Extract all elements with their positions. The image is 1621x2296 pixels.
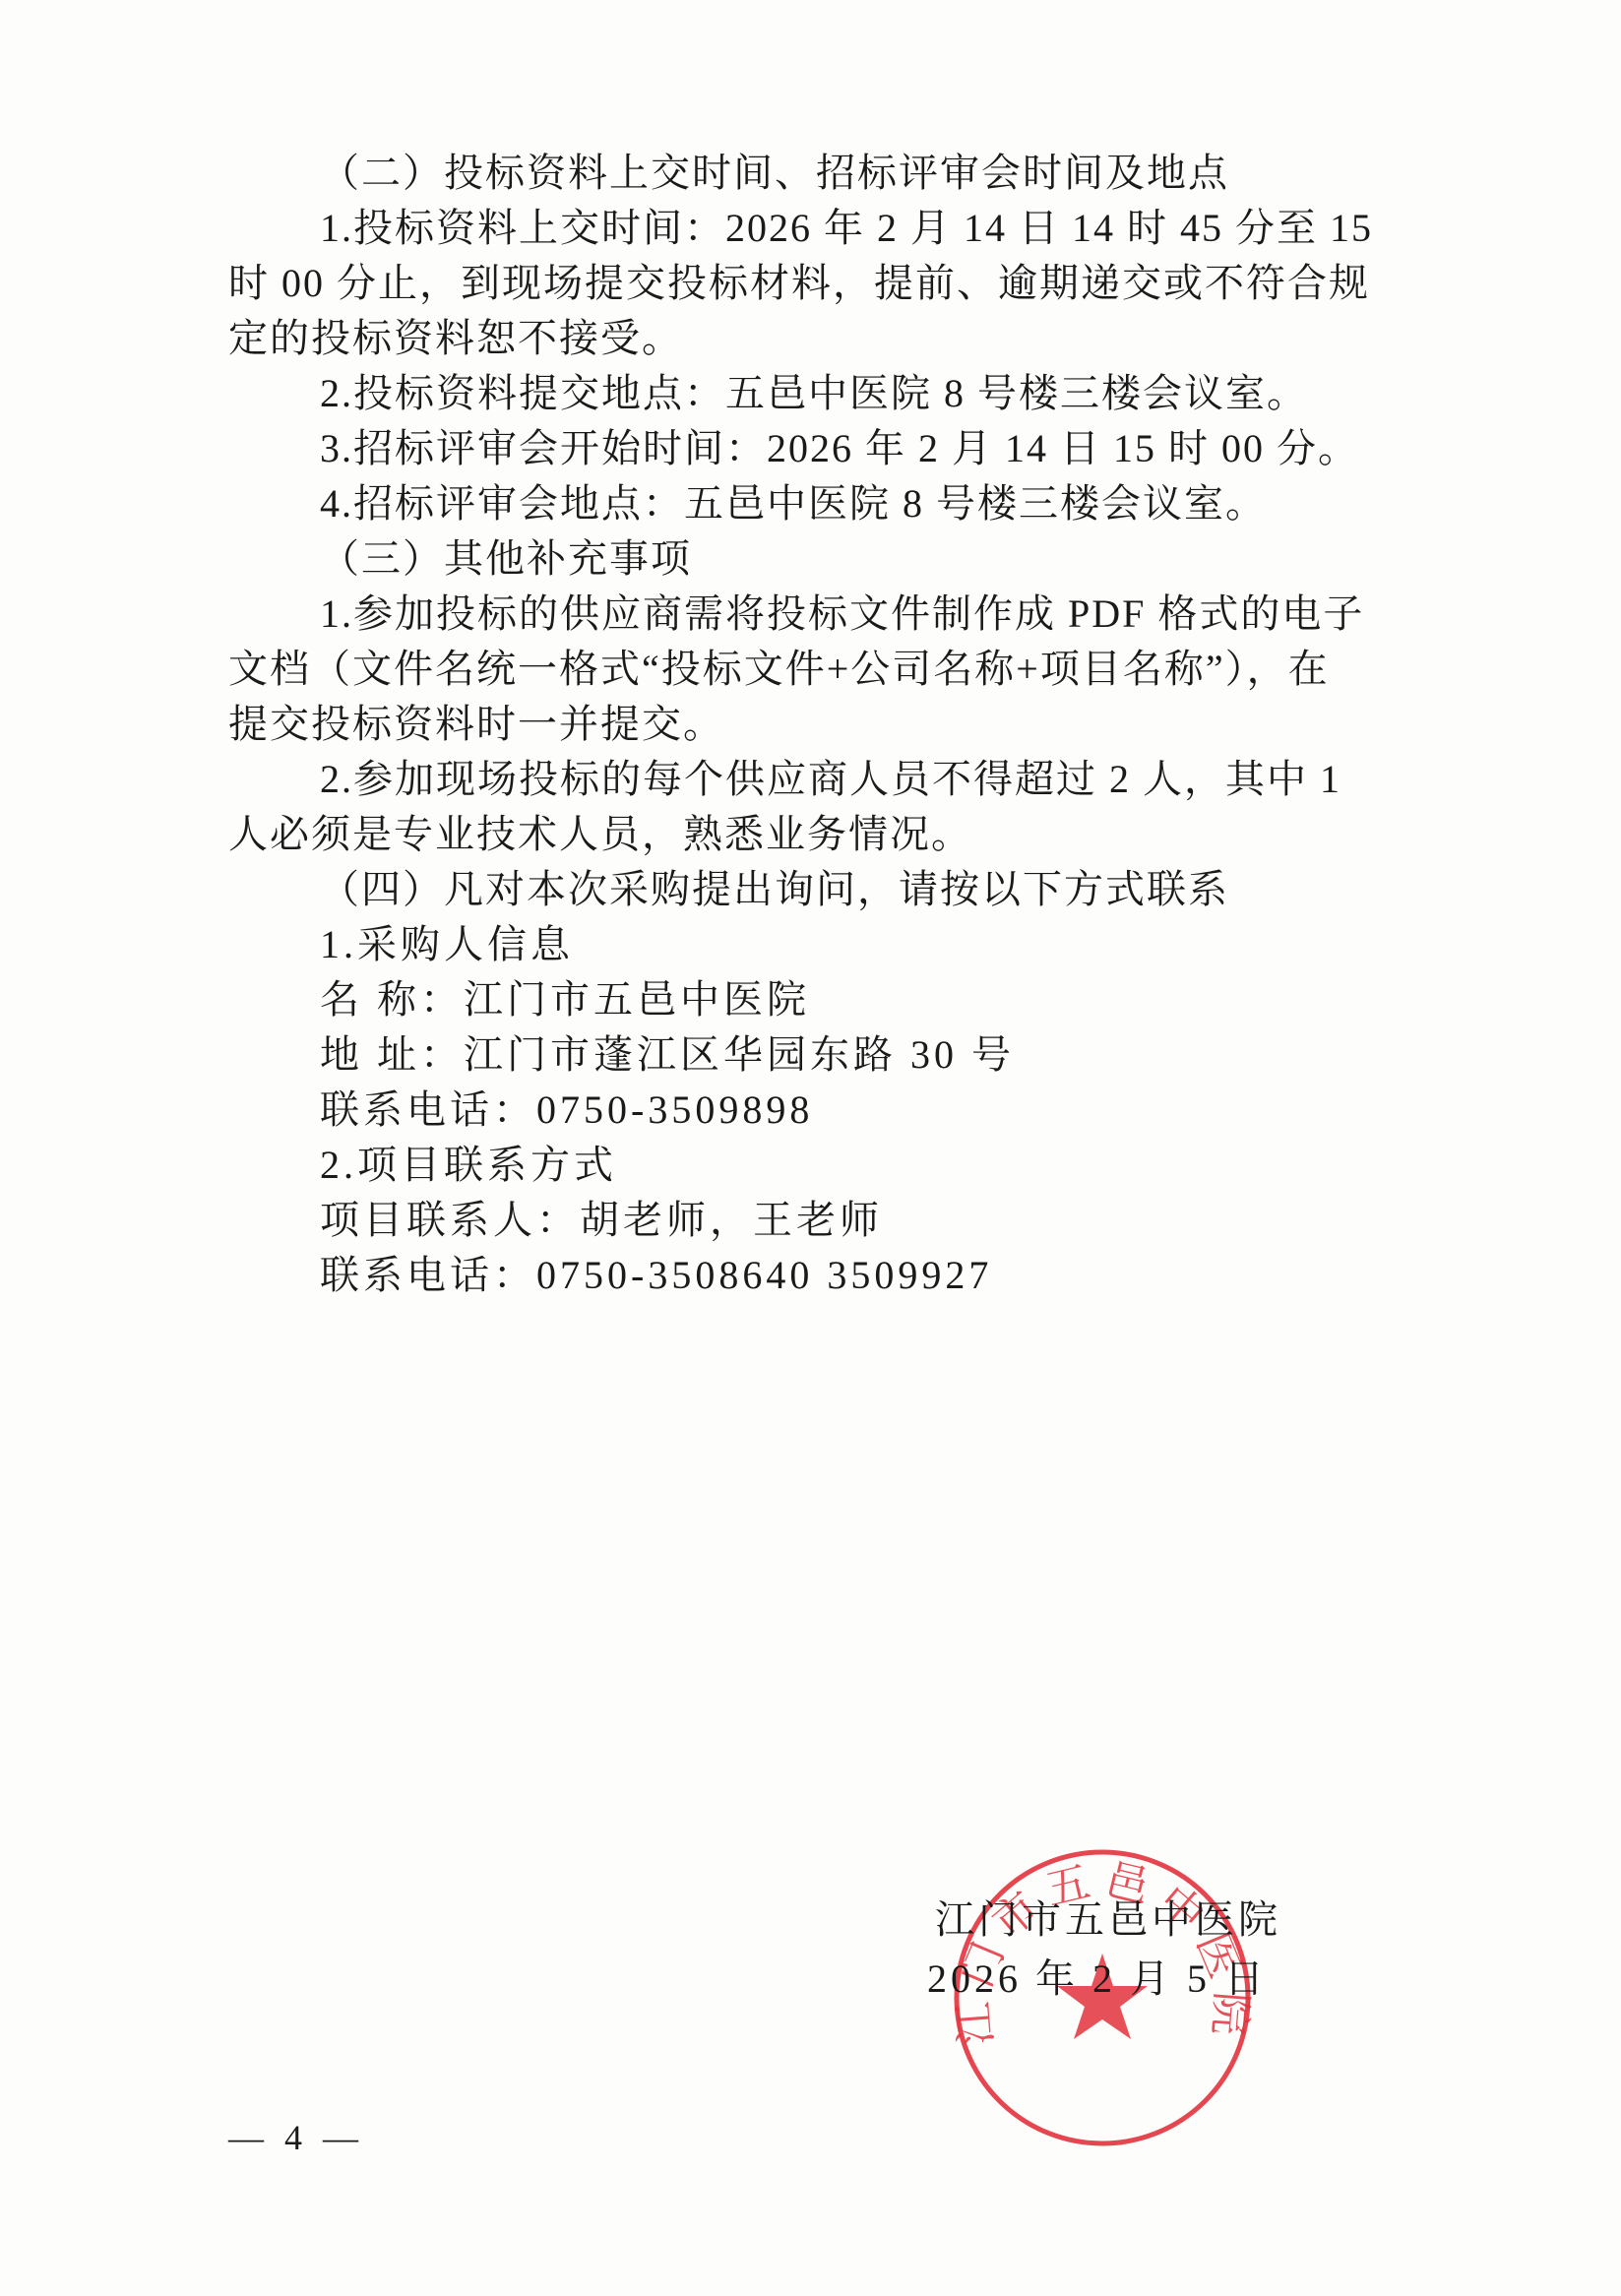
purchaser-address: 地 址：江门市蓬江区华园东路 30 号 xyxy=(320,1029,1015,1081)
section-3-heading: （三）其他补充事项 xyxy=(320,533,692,585)
section-2-item-1-line-2: 时 00 分止，到现场提交投标材料，提前、逾期递交或不符合规 xyxy=(228,258,1370,309)
project-contact-title: 2.项目联系方式 xyxy=(320,1140,617,1191)
section-3-item-2-line-2: 人必须是专业技术人员，熟悉业务情况。 xyxy=(228,809,972,860)
section-2-item-1-line-1: 1.投标资料上交时间：2026 年 2 月 14 日 14 时 45 分至 15 xyxy=(320,203,1373,254)
section-2-heading: （二）投标资料上交时间、招标评审会时间及地点 xyxy=(320,148,1229,199)
section-3-item-2-line-1: 2.参加现场投标的每个供应商人员不得超过 2 人，其中 1 xyxy=(320,754,1341,805)
section-3-item-1-line-3: 提交投标资料时一并提交。 xyxy=(228,699,724,750)
section-2-item-3: 3.招标评审会开始时间：2026 年 2 月 14 日 15 时 00 分。 xyxy=(320,423,1359,474)
section-3-item-1-line-2: 文档（文件名统一格式“投标文件+公司名称+项目名称”），在 xyxy=(228,644,1330,695)
purchaser-info-title: 1.采购人信息 xyxy=(320,919,574,970)
signature-organization: 江门市五邑中医院 xyxy=(935,1894,1281,1946)
section-3-item-1-line-1: 1.参加投标的供应商需将投标文件制作成 PDF 格式的电子 xyxy=(320,589,1364,640)
purchaser-phone: 联系电话：0750-3509898 xyxy=(320,1085,813,1136)
project-contacts: 项目联系人：胡老师，王老师 xyxy=(320,1195,883,1246)
section-2-item-1-line-3: 定的投标资料恕不接受。 xyxy=(228,313,683,364)
document-page: （二）投标资料上交时间、招标评审会时间及地点 1.投标资料上交时间：2026 年… xyxy=(0,0,1621,2296)
project-phone: 联系电话：0750-3508640 3509927 xyxy=(320,1250,992,1301)
page-number: — 4 — xyxy=(228,2116,364,2159)
purchaser-name: 名 称：江门市五邑中医院 xyxy=(320,974,810,1025)
section-4-heading: （四）凡对本次采购提出询问，请按以下方式联系 xyxy=(320,864,1229,915)
signature-date: 2026 年 2 月 5 日 xyxy=(927,1954,1268,2005)
section-2-item-4: 4.招标评审会地点：五邑中医院 8 号楼三楼会议室。 xyxy=(320,478,1267,529)
section-2-item-2: 2.投标资料提交地点：五邑中医院 8 号楼三楼会议室。 xyxy=(320,368,1308,419)
